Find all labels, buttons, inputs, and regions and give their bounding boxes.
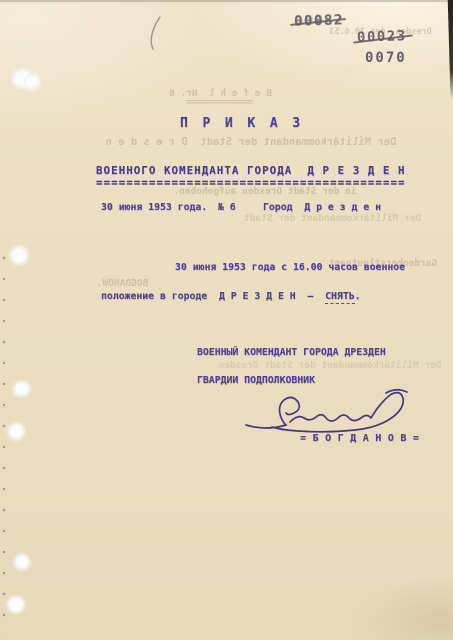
order-date: 30 июня 1953 года. xyxy=(101,202,207,213)
punch-hole xyxy=(24,74,39,89)
bleedthrough-line: ============== xyxy=(170,97,270,108)
order-body-line-1: 30 июня 1953 года с 16.00 часов военное xyxy=(175,262,405,273)
order-issuer-underline: ========================================… xyxy=(96,176,406,189)
signer-title-line-1: ВОЕННЫЙ КОМЕНДАНТ ГОРОДА ДРЕЗДЕН xyxy=(197,347,386,358)
order-body-emphasis: СНЯТЬ xyxy=(325,291,355,304)
bleedthrough-line: Der Militärkommandant der Stadt Dresden xyxy=(215,360,445,371)
pencil-mark xyxy=(146,15,168,53)
scan-top-edge-shadow xyxy=(0,0,453,2)
order-body-period: . xyxy=(355,291,361,302)
bleedthrough-line: Der Militärkommandant der Stadt xyxy=(225,213,440,224)
left-edge-perforation-dots xyxy=(2,255,6,635)
punch-hole xyxy=(11,247,27,264)
registry-number-current: 0070 xyxy=(365,50,407,66)
order-place: Город Д р е з д е н xyxy=(263,202,381,213)
punch-hole xyxy=(8,597,24,612)
order-number: № 6 xyxy=(218,202,236,213)
scan-background-corner xyxy=(446,0,453,100)
order-body-line-2: положение в городе Д Р Е З Д Е Н – СНЯТЬ… xyxy=(101,291,361,302)
punch-hole xyxy=(9,424,24,439)
bleedthrough-line: BOGDANOW. xyxy=(80,278,165,289)
scanned-order-document: Dresden, den 30.6.53 B e f e h l Nr. 6 =… xyxy=(0,0,453,640)
order-body-line-2-prefix: положение в городе Д Р Е З Д Е Н – xyxy=(101,291,325,302)
punch-hole xyxy=(14,382,29,396)
signer-typed-name: = Б О Г Д А Н О В = xyxy=(300,433,419,444)
punch-hole xyxy=(15,555,29,569)
bleedthrough-line: Der Militärkommandant der Stadt D r e s … xyxy=(70,136,432,148)
order-title: П Р И К А З xyxy=(180,116,304,131)
handwritten-signature xyxy=(240,385,425,440)
